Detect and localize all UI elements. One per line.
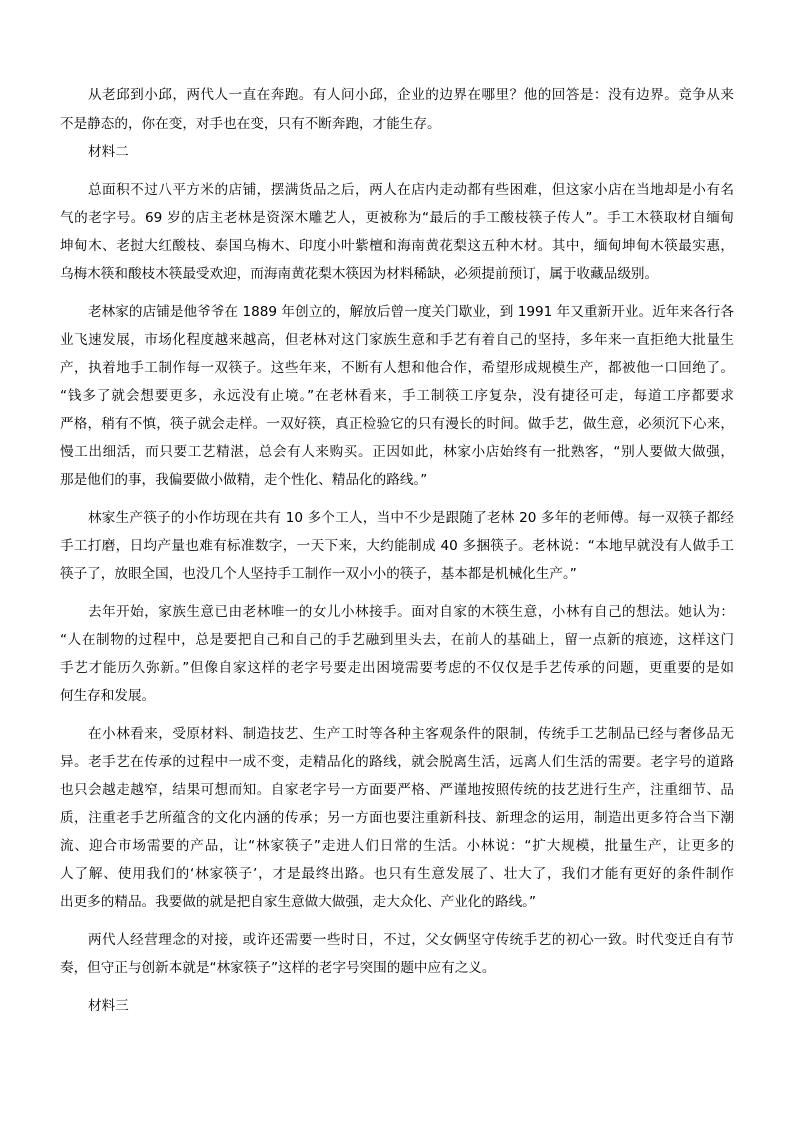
paragraph-line: 不是静态的，你在变，对手也在变，只有不断奔跑，才能生存。 xyxy=(60,114,734,134)
paragraph-line: 流、迎合市场需要的产品，让“林家筷子”走进人们日常的生活。小林说：“扩大规模，批… xyxy=(60,836,734,856)
paragraph-line: 质，注重老手艺所蕴含的文化内涵的传承；另一方面也要注重新科技、新理念的运用，制造… xyxy=(60,808,734,828)
paragraph-line: 那是他们的事，我偏要做小做精，走个性化、精品化的路线。” xyxy=(60,470,734,490)
paragraph-line: 总面积不过八平方米的店铺，摆满货品之后，两人在店内走动都有些困难，但这家小店在当… xyxy=(88,180,734,200)
paragraph-line: “人在制物的过程中，总是要把自己和自己的手艺融到里头去，在前人的基础上，留一点新… xyxy=(60,630,734,650)
paragraph-line: 气的老字号。69 岁的店主老林是资深木雕艺人，更被称为“最后的手工酸枝筷子传人”… xyxy=(60,208,734,228)
paragraph-line: 坤甸木、老挝大红酸枝、泰国乌梅木、印度小叶紫檀和海南黄花梨这五种木材。其中，缅甸… xyxy=(60,236,734,256)
paragraph-line: “钱多了就会想要更多，永远没有止境。”在老林看来，手工制筷工序复杂，没有捷径可走… xyxy=(60,386,734,406)
paragraph-line: 也只会越走越窄，结果可想而知。自家老字号一方面要严格、严谨地按照传统的技艺进行生… xyxy=(60,780,734,800)
paragraph-line: 林家生产筷子的小作坊现在共有 10 多个工人，当中不少是跟随了老林 20 多年的… xyxy=(88,508,734,528)
paragraph-line: 产，执着地手工制作每一双筷子。这些年来，不断有人想和他合作，希望形成规模生产，都… xyxy=(60,358,734,378)
paragraph-line: 出更多的精品。我要做的就是把自家生意做大做强，走大众化、产业化的路线。” xyxy=(60,892,734,912)
paragraph-line: 异。老手艺在传承的过程中一成不变，走精品化的路线，就会脱离生活，远离人们生活的需… xyxy=(60,752,734,772)
paragraph-line: 筷子了，放眼全国，也没几个人坚持手工制作一双小小的筷子，基本都是机械化生产。” xyxy=(60,564,734,584)
section-heading-material-3: 材料三 xyxy=(88,996,734,1016)
paragraph-line: 人了解、使用我们的‘林家筷子’，才是最终出路。也只有生意发展了、壮大了，我们才能… xyxy=(60,864,734,884)
paragraph-line: 业飞速发展，市场化程度越来越高，但老林对这门家族生意和手艺有着自己的坚持，多年来… xyxy=(60,330,734,350)
paragraph-line: 老林家的店铺是他爷爷在 1889 年创立的，解放后曾一度关门歇业，到 1991 … xyxy=(88,302,734,322)
paragraph-line: 严格，稍有不慎，筷子就会走样。一双好筷，真正检验它的只有漫长的时间。做手艺，做生… xyxy=(60,414,734,434)
paragraph-line: 手艺才能历久弥新。”但像自家这样的老字号要走出困境需要考虑的不仅仅是手艺传承的问… xyxy=(60,658,734,678)
paragraph-line: 乌梅木筷和酸枝木筷最受欢迎，而海南黄花梨木筷因为材料稀缺，必须提前预订，属于收藏… xyxy=(60,264,734,284)
document-page: 从老邱到小邱，两代人一直在奔跑。有人问小邱，企业的边界在哪里？他的回答是：没有边… xyxy=(0,0,794,1122)
paragraph-line: 从老邱到小邱，两代人一直在奔跑。有人问小邱，企业的边界在哪里？他的回答是：没有边… xyxy=(88,85,734,105)
paragraph-line: 两代人经营理念的对接，或许还需要一些时日，不过，父女俩坚守传统手艺的初心一致。时… xyxy=(88,930,734,950)
paragraph-line: 去年开始，家族生意已由老林唯一的女儿小林接手。面对自家的木筷生意，小林有自己的想… xyxy=(88,602,734,622)
paragraph-line: 手工打磨，日均产量也难有标准数字，一天下来，大约能制成 40 多捆筷子。老林说：… xyxy=(60,536,734,556)
paragraph-line: 何生存和发展。 xyxy=(60,686,734,706)
section-heading-material-2: 材料二 xyxy=(88,142,734,162)
paragraph-line: 奏，但守正与创新本就是“林家筷子”这样的老字号突围的题中应有之义。 xyxy=(60,958,734,978)
paragraph-line: 在小林看来，受原材料、制造技艺、生产工时等各种主客观条件的限制，传统手工艺制品已… xyxy=(88,724,734,744)
paragraph-line: 慢工出细活，而只要工艺精湛，总会有人来购买。正因如此，林家小店始终有一批熟客，“… xyxy=(60,442,734,462)
